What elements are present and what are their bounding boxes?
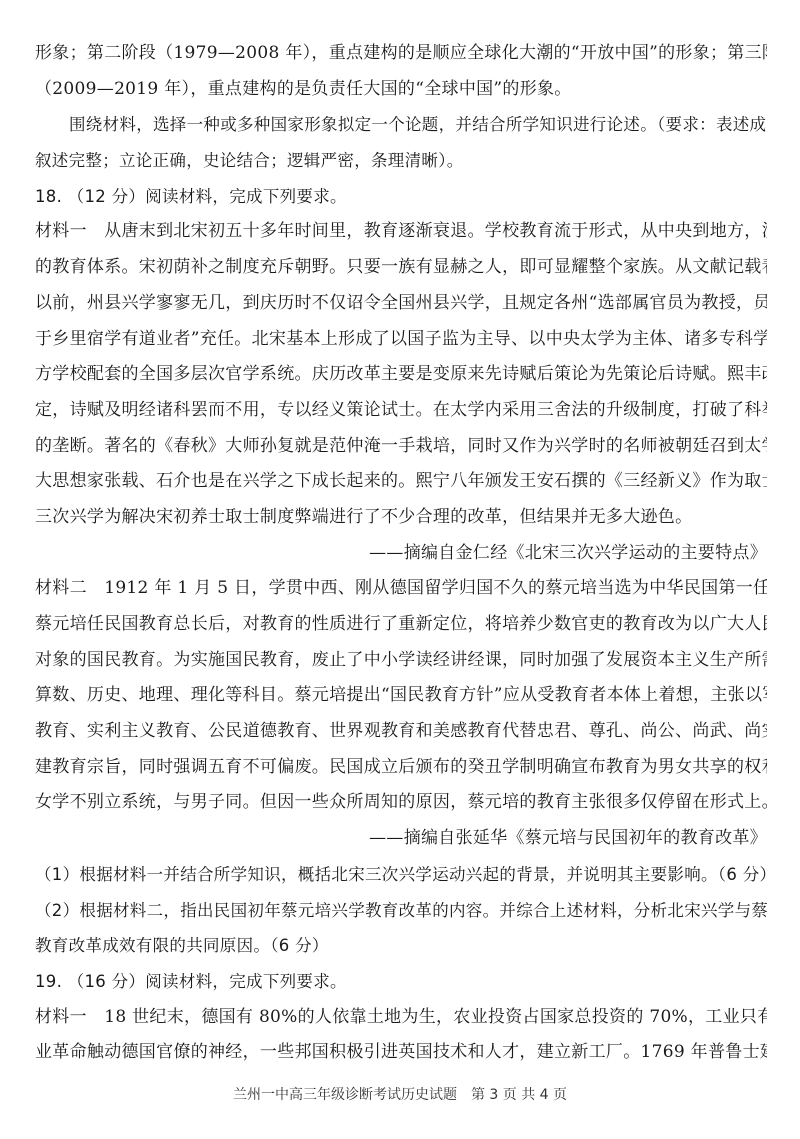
q18-material2-line: 建教育宗旨，同时强调五育不可偏废。民国成立后颁布的癸丑学制明确宣布教育为男女共享…	[35, 750, 767, 786]
q18-material1-line: 材料一 从唐末到北宋初五十多年时间里，教育逐渐衰退。学校教育流于形式，从中央到地…	[35, 214, 767, 250]
page-footer: 兰州一中高三年级诊断考试历史试题 第 3 页 共 4 页	[0, 1084, 800, 1104]
task-line: 围绕材料，选择一种或多种国家形象拟定一个论题，并结合所学知识进行论述。（要求：表…	[35, 107, 767, 143]
intro-line: 形象；第二阶段（1979—2008 年），重点建构的是顺应全球化大潮的“开放中国…	[35, 36, 767, 72]
q18-material1-line: 的教育体系。宋初荫补之制度充斥朝野。只要一族有显赫之人，即可显耀整个家族。从文献…	[35, 250, 767, 286]
q18-material1-line: 于乡里宿学有道业者”充任。北宋基本上形成了以国子监为主导、以中央太学为主体、诸多…	[35, 322, 767, 358]
q18-material2-line: 材料二 1912 年 1 月 5 日，学贯中西、刚从德国留学归国不久的蔡元培当选…	[35, 571, 767, 607]
intro-line: （2009—2019 年），重点建构的是负责任大国的“全球中国”的形象。	[35, 72, 767, 108]
q18-material2-line: 对象的国民教育。为实施国民教育，废止了中小学读经讲经课，同时加强了发展资本主义生…	[35, 643, 767, 679]
q19-material1-line: 业革命触动德国官僚的神经，一些邦国积极引进英国技术和人才，建立新工厂。1769 …	[35, 1035, 767, 1071]
q19-heading: 19. （16 分）阅读材料，完成下列要求。	[35, 964, 767, 1000]
q18-heading: 18. （12 分）阅读材料，完成下列要求。	[35, 179, 767, 215]
q18-question-2-cont: 教育改革成效有限的共同原因。（6 分）	[35, 928, 767, 964]
q18-material2-line: 女学不别立系统，与男子同。但因一些众所周知的原因，蔡元培的教育主张很多仅停留在形…	[35, 785, 767, 821]
q19-material1-line: 材料一 18 世纪末，德国有 80%的人依靠土地为生，农业投资占国家总投资的 7…	[35, 1000, 767, 1036]
q18-question-2: （2）根据材料二，指出民国初年蔡元培兴学教育改革的内容。并综合上述材料，分析北宋…	[35, 893, 767, 929]
q18-material2-line: 教育、实利主义教育、公民道德教育、世界观教育和美感教育代替忠君、尊孔、尚公、尚武…	[35, 714, 767, 750]
q18-material1-line: 三次兴学为解决宋初养士取士制度弊端进行了不少合理的改革，但结果并无多大逊色。	[35, 500, 767, 536]
q18-material1-line: 以前，州县兴学寥寥无几，到庆历时不仅诏令全国州县兴学，且规定各州“选部属官员为教…	[35, 286, 767, 322]
task-line: 叙述完整；立论正确，史论结合；逻辑严密，条理清晰）。	[35, 143, 767, 179]
q18-material1-line: 定，诗赋及明经诸科罢而不用，专以经义策论试士。在太学内采用三舍法的升级制度，打破…	[35, 393, 767, 429]
q18-material1-line: 大思想家张载、石介也是在兴学之下成长起来的。熙宁八年颁发王安石撰的《三经新义》作…	[35, 464, 767, 500]
exam-page: 形象；第二阶段（1979—2008 年），重点建构的是顺应全球化大潮的“开放中国…	[35, 36, 767, 1071]
q18-material2-line: 算数、历史、地理、理化等科目。蔡元培提出“国民教育方针”应从受教育者本体上着想，…	[35, 678, 767, 714]
q18-question-1: （1）根据材料一并结合所学知识，概括北宋三次兴学运动兴起的背景，并说明其主要影响…	[35, 857, 767, 893]
q18-material1-line: 的垄断。著名的《春秋》大师孙复就是范仲淹一手栽培，同时又作为兴学时的名师被朝廷召…	[35, 429, 767, 465]
q18-material2-source: ——摘编自张延华《蔡元培与民国初年的教育改革》	[35, 821, 767, 857]
q18-material2-line: 蔡元培任民国教育总长后，对教育的性质进行了重新定位，将培养少数官吏的教育改为以广…	[35, 607, 767, 643]
q18-material1-line: 方学校配套的全国多层次官学系统。庆历改革主要是变原来先诗赋后策论为先策论后诗赋。…	[35, 357, 767, 393]
q18-material1-source: ——摘编自金仁经《北宋三次兴学运动的主要特点》	[35, 536, 767, 572]
